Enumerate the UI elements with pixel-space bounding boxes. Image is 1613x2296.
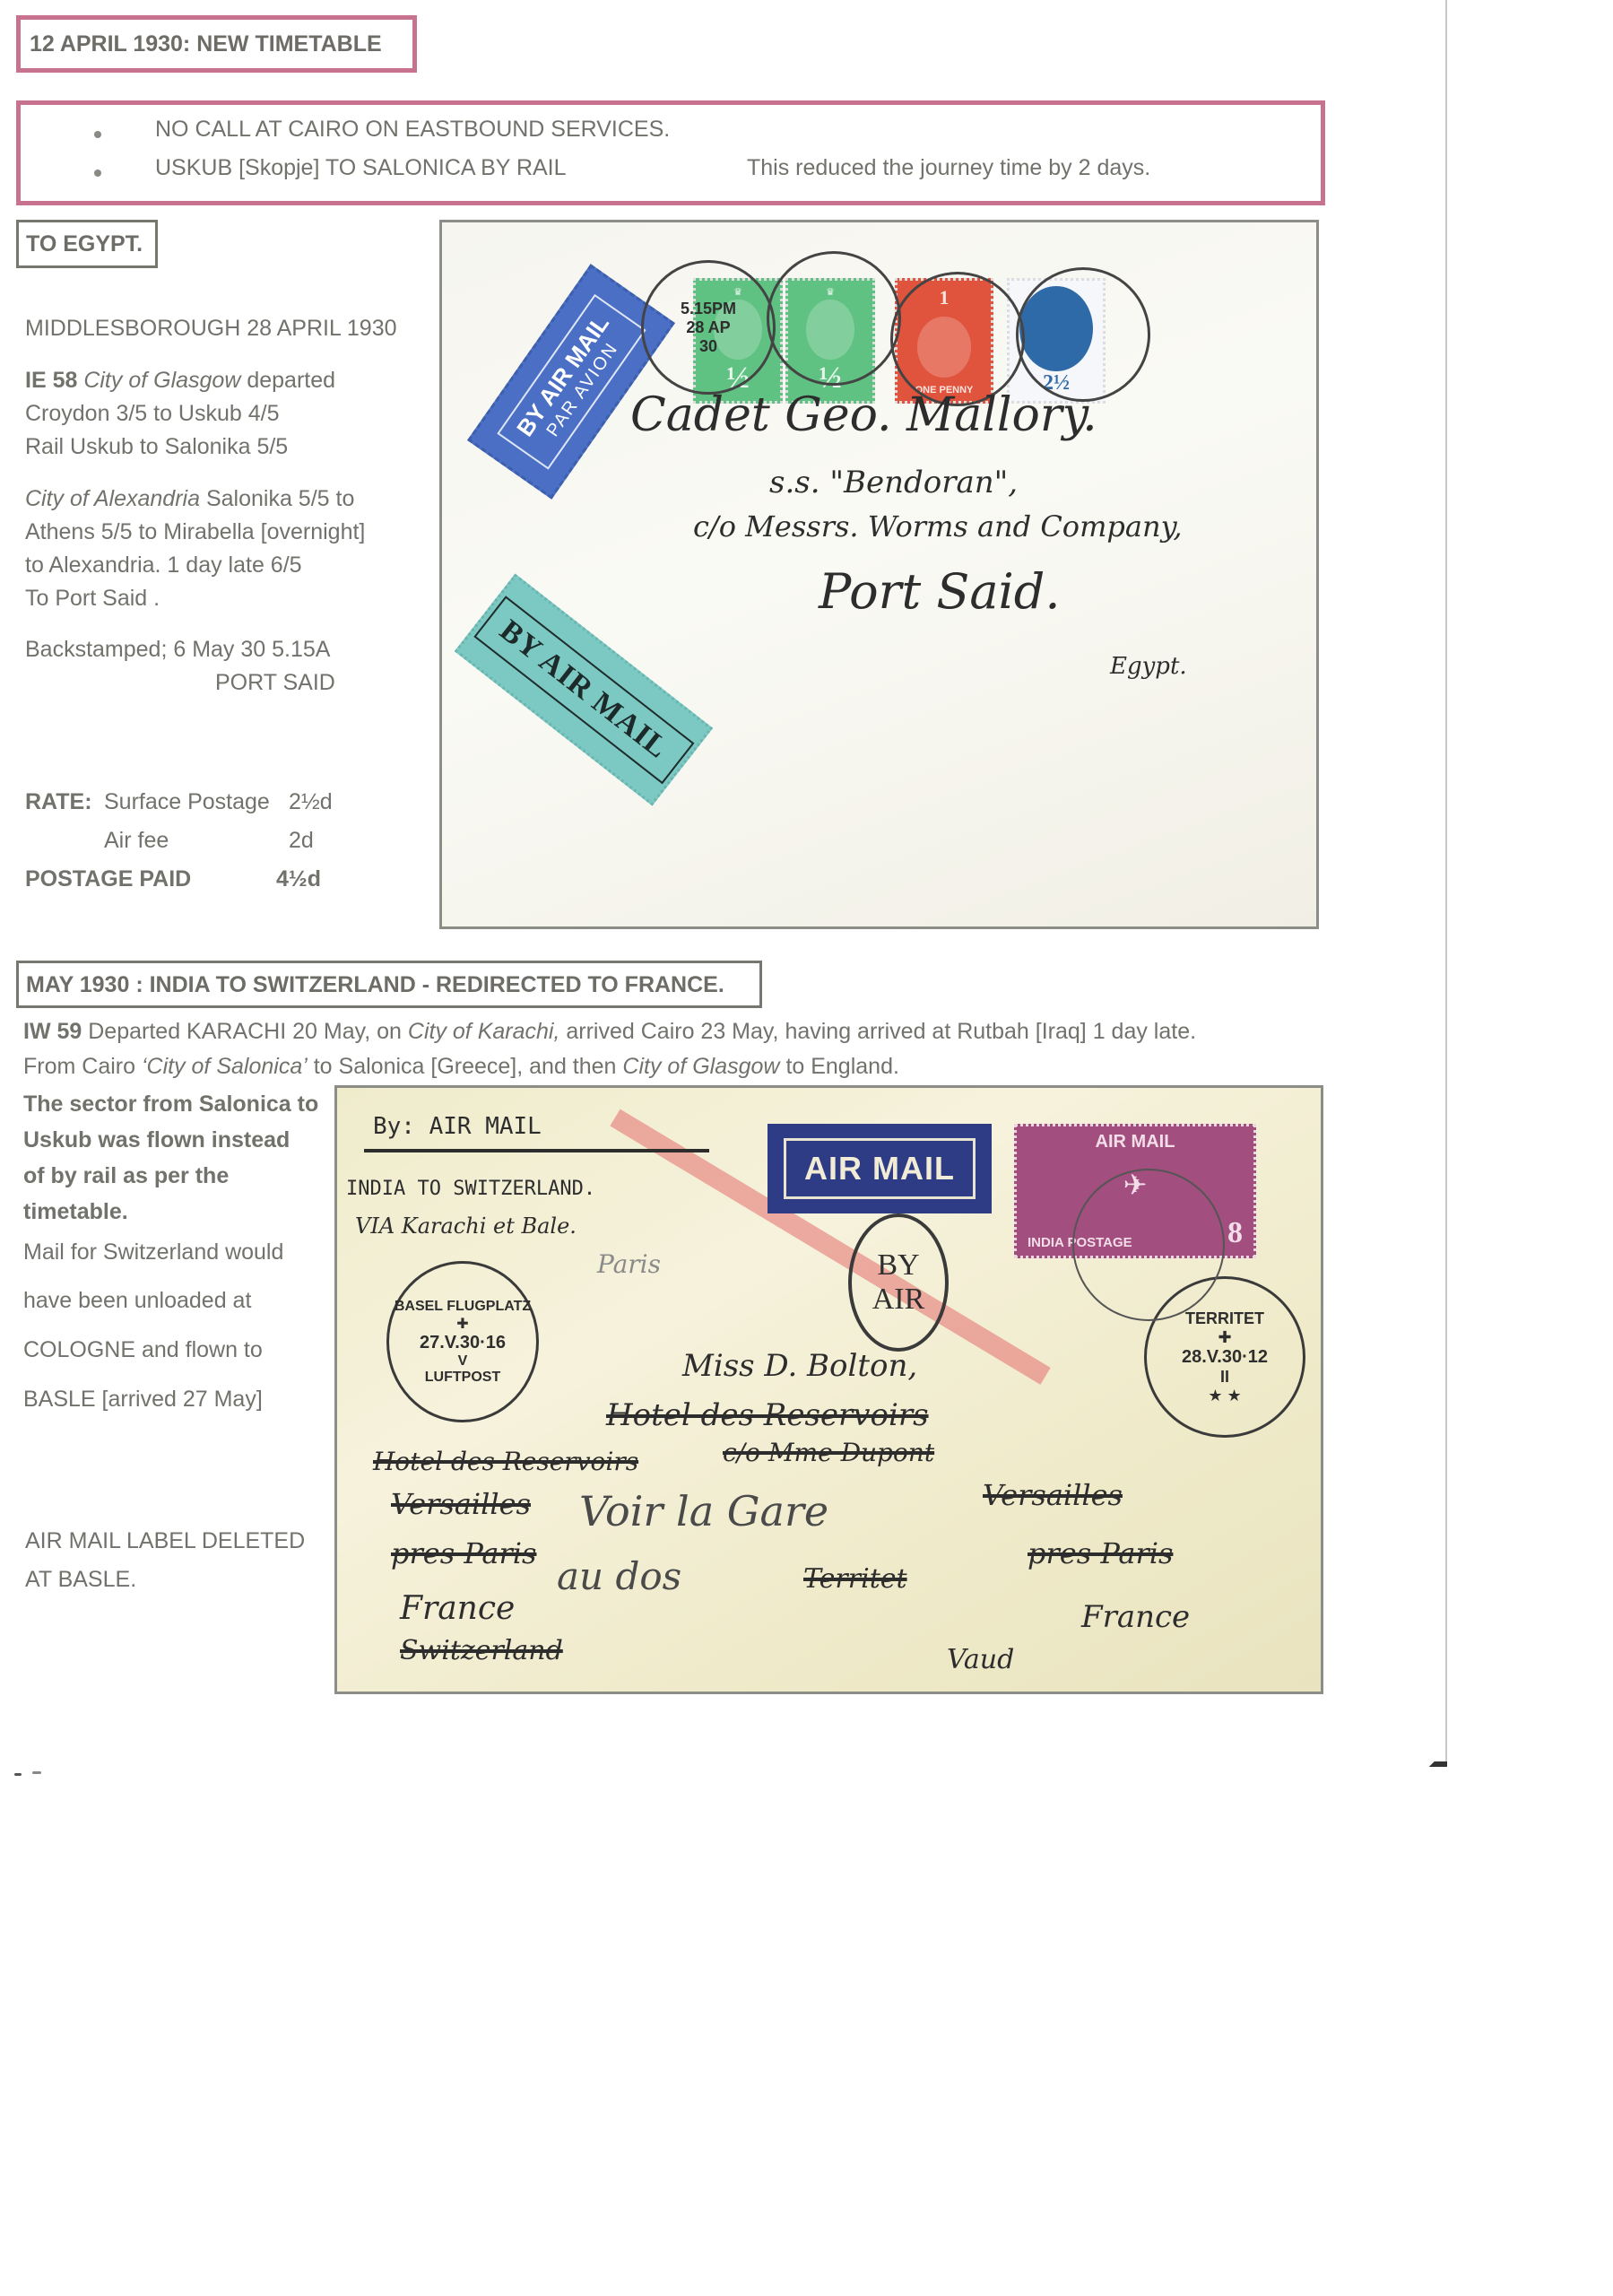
flight-line-3: Rail Uskub to Salonika 5/5 [25,430,288,464]
note-bold: of by rail as per the [23,1160,229,1193]
label-note: AT BASLE. [25,1563,136,1596]
postmark-text: BASEL FLUGPLATZ [395,1299,531,1315]
backstamp-line-2: PORT SAID [215,666,335,700]
redirect-note: Territet [803,1563,907,1595]
postmark-date: 28.V.30·12 [1182,1347,1268,1368]
origin-line: MIDDLESBOROUGH 28 APRIL 1930 [25,312,397,345]
aircraft-name: ‘City of Salonica’ [142,1054,308,1079]
timetable-notes-box: NO CALL AT CAIRO ON EASTBOUND SERVICES. … [16,100,1325,205]
stamp-denomination: 8 [1227,1216,1243,1250]
note-plain: BASLE [arrived 27 May] [23,1383,263,1416]
leg-line-1-rest: Salonika 5/5 to [206,486,354,511]
cover-india: By: AIR MAIL INDIA TO SWITZERLAND. VIA K… [334,1085,1323,1694]
postmark-code: V [458,1353,468,1370]
section-heading-egypt: TO EGYPT. [26,231,143,257]
basel-flugplatz-postmark: BASEL FLUGPLATZ ✚ 27.V.30·16 V LUFTPOST [386,1261,539,1422]
bullet-icon [94,170,101,177]
note-plain: COLOGNE and flown to [23,1334,263,1367]
rate-amount: 2d [289,824,314,857]
struck-line: France [400,1590,515,1627]
address-line: France [1081,1599,1190,1635]
backstamp-line-1: Backstamped; 6 May 30 5.15A [25,633,330,666]
manuscript-line: INDIA TO SWITZERLAND. [346,1178,595,1200]
aircraft-name: City of Glasgow [622,1054,779,1079]
flight-line-2: Croydon 3/5 to Uskub 4/5 [25,397,280,430]
address-line: Egypt. [1110,653,1187,680]
stamp-text: AIR MAIL [1096,1132,1175,1152]
desc-line-2: From Cairo ‘City of Salonica’ to Salonic… [23,1050,899,1083]
flight-code: IW 59 [23,1019,82,1044]
by-air-cachet: BY AIR [848,1213,949,1352]
scan-speck [32,1771,41,1774]
address-line: Versailles [983,1478,1123,1512]
scan-speck [14,1773,22,1776]
postmark-middlesbrough: 5.15PM 28 AP 30 [641,260,776,395]
postmark-date: 28 AP [686,318,730,337]
struck-line: Hotel des Reservoirs [373,1447,638,1476]
section-heading-india-box: MAY 1930 : INDIA TO SWITZERLAND - REDIRE… [16,961,762,1008]
leg-line-3: to Alexandria. 1 day late 6/5 [25,549,302,582]
note-bold: The sector from Salonica to [23,1088,318,1121]
india-postmark [1072,1169,1225,1321]
section-heading-india: MAY 1930 : INDIA TO SWITZERLAND - REDIRE… [26,972,724,998]
postmark-code: II [1220,1368,1229,1387]
flight-line-1: IE 58 City of Glasgow departed [25,364,335,397]
aircraft-name: City of Karachi, [408,1019,560,1044]
manuscript-line: Paris [597,1249,661,1279]
postage-paid-label: POSTAGE PAID [25,863,191,896]
cachet-text: AIR [872,1283,925,1317]
timetable-title: 12 APRIL 1930: NEW TIMETABLE [30,31,382,57]
postmark-time: 5.15PM [681,300,736,318]
leg-line-1: City of Alexandria Salonika 5/5 to [25,483,354,516]
redirect-note: au dos [557,1554,681,1598]
swiss-cross-icon: ✚ [456,1315,468,1333]
star-icon: ★ ★ [1208,1387,1241,1405]
struck-line: Versailles [391,1487,531,1521]
desc-text: Departed KARACHI 20 May, on [88,1019,402,1044]
postmark-text: TERRITET [1185,1309,1264,1328]
rate-label: RATE: [25,786,92,819]
address-line: Cadet Geo. Mallory. [630,388,1097,442]
note-plain: Mail for Switzerland would [23,1236,283,1269]
postmark-middlesbrough [1016,267,1150,402]
underline [364,1149,709,1152]
label-text: AIR MAIL [784,1138,976,1199]
page-edge [1445,0,1447,1765]
page-corner-mark [1422,1761,1447,1767]
air-mail-label: AIR MAIL [767,1124,992,1213]
postage-paid-amount: 4½d [276,863,321,896]
air-mail-label-blue: BY AIR MAIL PAR AVION [467,264,675,500]
section-heading-egypt-box: TO EGYPT. [16,220,158,268]
cover-egypt: BY AIR MAIL PAR AVION ♛ ½ ♛ ½ 1 ONE PENN… [439,220,1319,929]
manuscript-line: By: AIR MAIL [373,1113,542,1140]
aircraft-name: City of Alexandria [25,486,200,511]
swiss-cross-icon: ✚ [1218,1328,1231,1347]
desc-line-1: IW 59 Departed KARACHI 20 May, on City o… [23,1015,1196,1048]
leg-line-4: To Port Said . [25,582,160,615]
rate-amount: 2½d [289,786,333,819]
desc-text: to England. [785,1054,899,1079]
note-bold: Uskub was flown instead [23,1124,290,1157]
address-line: pres Paris [1028,1536,1173,1570]
cachet-text: BY [877,1248,919,1283]
struck-line: pres Paris [391,1536,536,1570]
desc-text: arrived Cairo 23 May, having arrived at … [566,1019,1196,1044]
rate-item: Surface Postage [104,786,270,819]
air-mail-label-teal: BY AIR MAIL [455,573,713,805]
redirect-note: Voir la Gare [579,1487,828,1535]
rate-item: Air fee [104,824,169,857]
struck-line: Switzerland [400,1635,563,1666]
timetable-title-box: 12 APRIL 1930: NEW TIMETABLE [16,15,417,73]
note-plain: have been unloaded at [23,1284,251,1318]
postmark-date: 27.V.30·16 [420,1333,506,1353]
manuscript-line: VIA Karachi et Bale. [355,1213,577,1239]
redirect-note: Vaud [947,1644,1014,1675]
label-text: BY AIR MAIL [473,596,694,784]
postmark-middlesbrough [767,251,901,386]
desc-text: to Salonica [Greece], and then [314,1054,617,1079]
bullet-icon [94,131,101,138]
postmark-year: 30 [699,337,717,356]
aircraft-name: City of Glasgow [83,368,240,393]
leg-line-2: Athens 5/5 to Mirabella [overnight] [25,516,365,549]
postmark-middlesbrough [890,272,1025,406]
journey-note: This reduced the journey time by 2 days. [747,155,1150,181]
label-note: AIR MAIL LABEL DELETED [25,1525,305,1558]
postmark-text: LUFTPOST [425,1370,500,1386]
address-line: Port Said. [819,563,1061,620]
flight-code: IE 58 [25,368,77,393]
address-line: Hotel des Reservoirs [606,1397,929,1433]
bullet-item: USKUB [Skopje] TO SALONICA BY RAIL [155,155,567,181]
desc-text: From Cairo [23,1054,135,1079]
address-line: c/o Messrs. Worms and Company, [693,509,1183,544]
bullet-item: NO CALL AT CAIRO ON EASTBOUND SERVICES. [155,117,670,143]
address-line: Miss D. Bolton, [682,1348,917,1384]
address-line: s.s. "Bendoran", [769,465,1018,500]
note-bold: timetable. [23,1196,128,1229]
flight-line-1-rest: departed [247,368,335,393]
address-line: c/o Mme Dupont [723,1438,934,1467]
